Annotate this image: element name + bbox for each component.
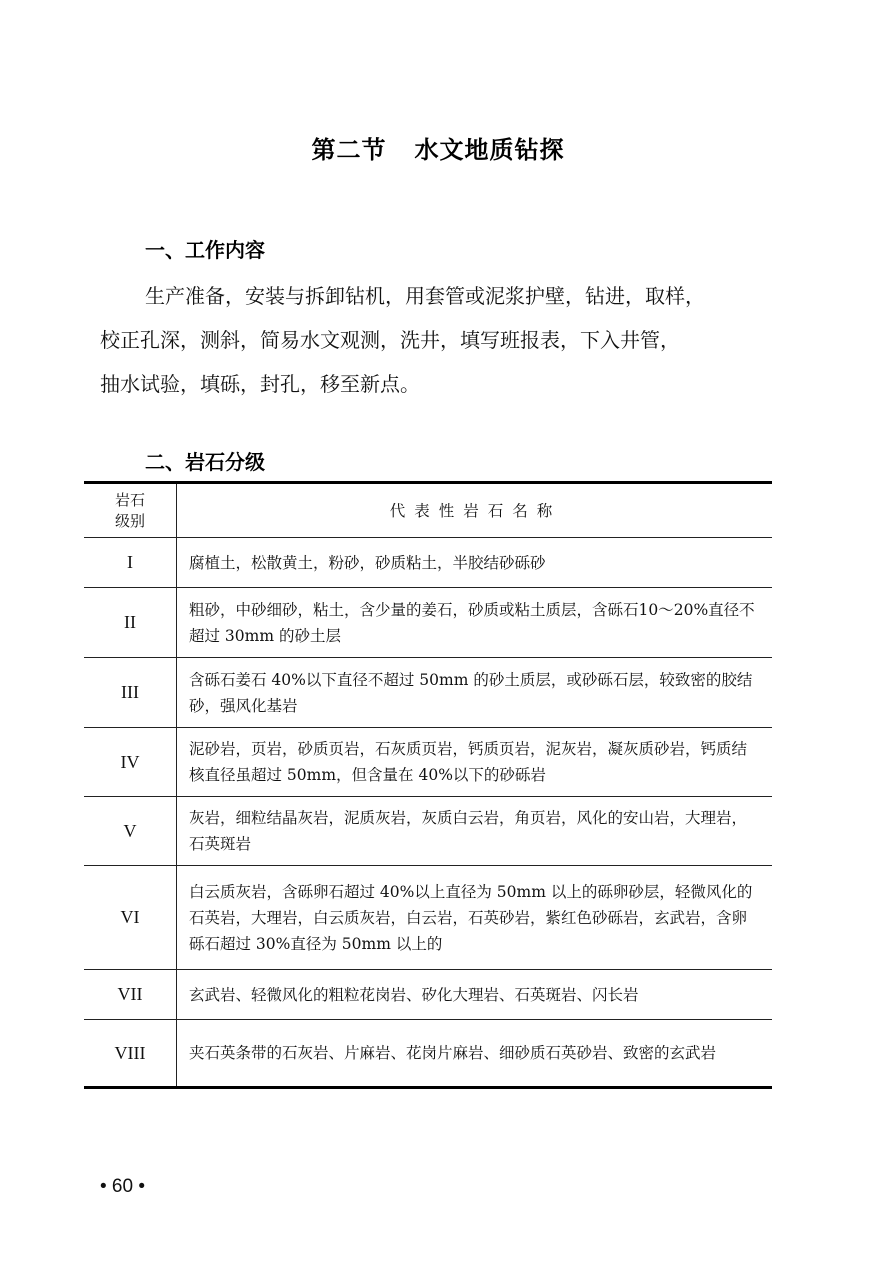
table-row: VI 白云质灰岩，含砾卵石超过 40%以上直径为 50mm 以上的砾卵砂层，轻微… <box>84 866 772 970</box>
grade-cell: II <box>84 588 177 658</box>
header-rock-names: 代表性岩石名称 <box>177 483 773 538</box>
table-row: VII 玄武岩、轻微风化的粗粒花岗岩、矽化大理岩、石英斑岩、闪长岩 <box>84 970 772 1020</box>
header-grade-line2: 级别 <box>115 512 145 530</box>
rock-names-cell: 含砾石姜石 40%以下直径不超过 50mm 的砂土质层，或砂砾石层，较致密的胶结… <box>177 658 773 728</box>
rock-names-cell: 夹石英条带的石灰岩、片麻岩、花岗片麻岩、细砂质石英砂岩、致密的玄武岩 <box>177 1020 773 1088</box>
work-content-paragraph: 生产准备，安装与拆卸钻机，用套管或泥浆护壁，钻进，取样， 校正孔深，测斜，简易水… <box>100 274 780 406</box>
table-row: IV 泥砂岩，页岩，砂质页岩，石灰质页岩，钙质页岩，泥灰岩，凝灰质砂岩，钙质结核… <box>84 728 772 797</box>
grade-cell: VI <box>84 866 177 970</box>
grade-cell: IV <box>84 728 177 797</box>
table-row: III 含砾石姜石 40%以下直径不超过 50mm 的砂土质层，或砂砾石层，较致… <box>84 658 772 728</box>
heading-work-content: 一、工作内容 <box>145 234 265 263</box>
paragraph-line: 生产准备，安装与拆卸钻机，用套管或泥浆护壁，钻进，取样， <box>100 274 780 318</box>
grade-cell: VIII <box>84 1020 177 1088</box>
rock-names-cell: 泥砂岩，页岩，砂质页岩，石灰质页岩，钙质页岩，泥灰岩，凝灰质砂岩，钙质结核直径虽… <box>177 728 773 797</box>
section-title: 第二节水文地质钻探 <box>0 130 876 165</box>
rock-names-cell: 腐植土，松散黄土，粉砂，砂质粘土，半胶结砂砾砂 <box>177 538 773 588</box>
header-grade-line1: 岩石 <box>115 491 145 509</box>
section-number: 第二节 <box>312 136 387 164</box>
rock-names-cell: 玄武岩、轻微风化的粗粒花岗岩、矽化大理岩、石英斑岩、闪长岩 <box>177 970 773 1020</box>
section-name: 水文地质钻探 <box>415 136 565 164</box>
rock-names-cell: 粗砂，中砂细砂，粘土，含少量的姜石，砂质或粘土质层，含砾石10～20%直径不超过… <box>177 588 773 658</box>
table-header-row: 岩石级别 代表性岩石名称 <box>84 483 772 538</box>
grade-cell: VII <box>84 970 177 1020</box>
rock-grading-table: 岩石级别 代表性岩石名称 I 腐植土，松散黄土，粉砂，砂质粘土，半胶结砂砾砂 I… <box>84 481 772 1089</box>
paragraph-line: 校正孔深，测斜，简易水文观测，洗井，填写班报表，下入井管， <box>100 318 780 362</box>
table-row: V 灰岩，细粒结晶灰岩，泥质灰岩，灰质白云岩，角页岩，风化的安山岩，大理岩，石英… <box>84 797 772 866</box>
header-grade: 岩石级别 <box>84 483 177 538</box>
page-number: • 60 • <box>100 1176 145 1198</box>
rock-names-cell: 白云质灰岩，含砾卵石超过 40%以上直径为 50mm 以上的砾卵砂层，轻微风化的… <box>177 866 773 970</box>
grade-cell: V <box>84 797 177 866</box>
grade-cell: I <box>84 538 177 588</box>
grade-cell: III <box>84 658 177 728</box>
table-row: I 腐植土，松散黄土，粉砂，砂质粘土，半胶结砂砾砂 <box>84 538 772 588</box>
paragraph-line: 抽水试验，填砾，封孔，移至新点。 <box>100 362 780 406</box>
table-row: VIII 夹石英条带的石灰岩、片麻岩、花岗片麻岩、细砂质石英砂岩、致密的玄武岩 <box>84 1020 772 1088</box>
heading-rock-grading: 二、岩石分级 <box>145 446 265 475</box>
table-row: II 粗砂，中砂细砂，粘土，含少量的姜石，砂质或粘土质层，含砾石10～20%直径… <box>84 588 772 658</box>
rock-names-cell: 灰岩，细粒结晶灰岩，泥质灰岩，灰质白云岩，角页岩，风化的安山岩，大理岩，石英斑岩 <box>177 797 773 866</box>
